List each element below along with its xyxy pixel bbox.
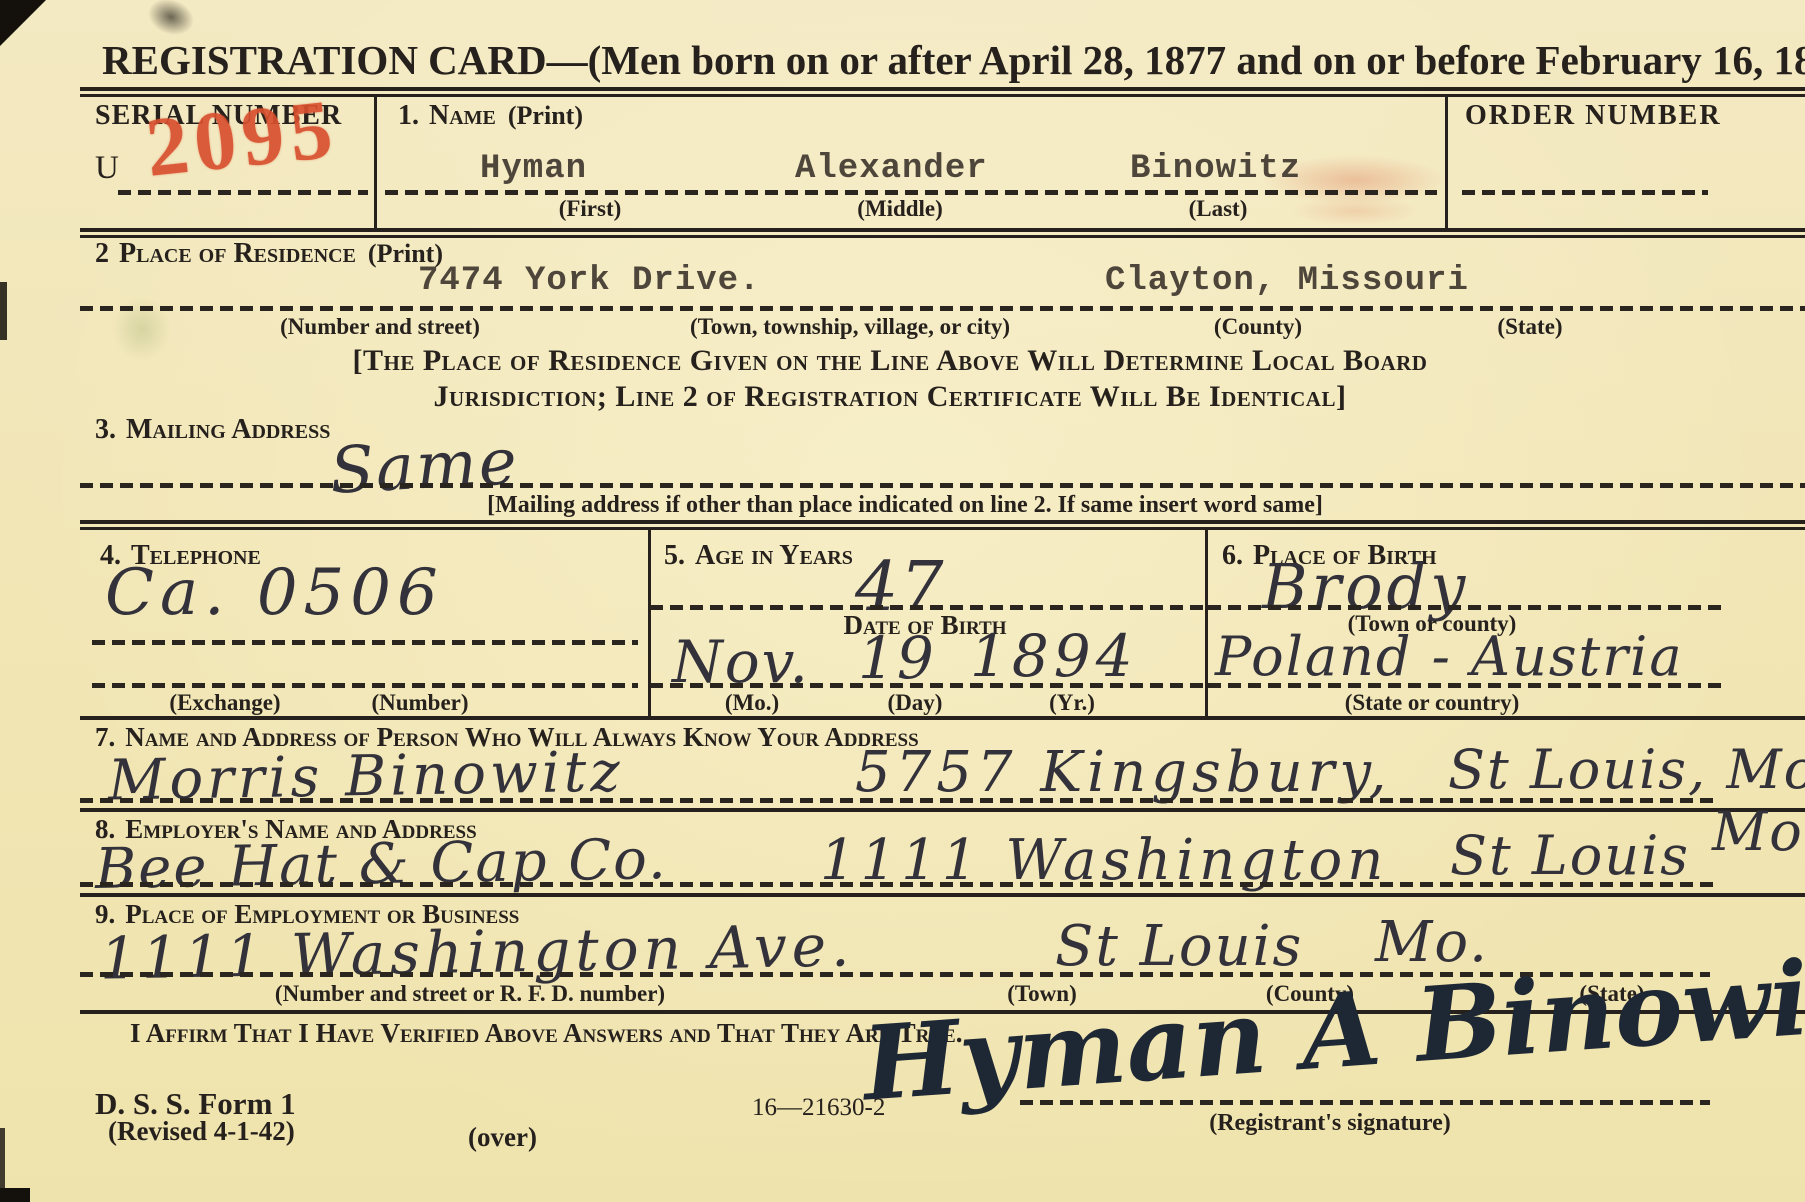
divider: [80, 716, 1805, 720]
name-field-label: 1.Name(Print): [398, 100, 583, 132]
signature-caption: (Registrant's signature): [1209, 1110, 1451, 1137]
over-note: (over): [468, 1122, 537, 1153]
mailing-field-label: 3.Mailing Address: [95, 414, 330, 446]
divider: [80, 87, 1805, 97]
divider: [80, 808, 1805, 812]
column-divider: [374, 97, 377, 231]
street-caption: (Number and street): [280, 314, 480, 340]
jurisdiction-notice-line2: Jurisdiction; Line 2 of Registration Cer…: [110, 380, 1670, 414]
serial-number-stamp: 2095: [141, 80, 342, 197]
first-name-caption: (First): [559, 196, 622, 222]
state-caption: (State): [1497, 314, 1562, 340]
name-dashed-line: [385, 190, 1437, 195]
contact-address-value: 5757 Kingsbury,: [855, 740, 1391, 805]
birth-country-caption: (State or country): [1345, 690, 1520, 716]
age-field-label: 5.Age in Years: [664, 540, 853, 572]
birth-country-dashed-line: [1208, 683, 1726, 688]
red-ink-smear-artifact: [1290, 196, 1420, 226]
residence-field-label: 2Place of Residence(Print): [95, 238, 443, 270]
residence-field-number: 2: [95, 238, 109, 269]
order-number-label: ORDER NUMBER: [1465, 100, 1722, 132]
employment-town-value: St Louis: [1055, 914, 1303, 979]
telephone-value: Ca. 0506: [105, 556, 444, 630]
employer-dashed-line: [80, 882, 1718, 887]
divider: [80, 228, 1805, 238]
contact-dashed-line: [80, 798, 1718, 803]
scan-corner-artifact: [0, 1188, 30, 1202]
birth-town-dashed-line: [1208, 605, 1726, 610]
contact-city-value: St Louis, Mo: [1448, 738, 1805, 801]
name-field-text: Name: [429, 100, 496, 131]
name-last-value: Binowitz: [1130, 150, 1301, 188]
mailing-field-number: 3.: [95, 414, 116, 445]
middle-name-caption: (Middle): [857, 196, 943, 222]
residence-city-value: Clayton, Missouri: [1105, 262, 1469, 300]
employer-name-value: Bee Hat & Cap Co.: [94, 827, 668, 902]
mailing-hint: [Mailing address if other than place ind…: [487, 492, 1323, 519]
scan-edge-artifact: [0, 282, 7, 340]
divider: [80, 893, 1805, 897]
column-divider: [1205, 530, 1208, 716]
ink-smudge-artifact: [144, 0, 199, 41]
town-caption: (Town, township, village, or city): [690, 314, 1010, 340]
name-middle-value: Alexander: [795, 150, 988, 188]
print-code: 16—21630-2: [752, 1094, 885, 1122]
card-title: REGISTRATION CARD—(Men born on or after …: [102, 36, 1805, 84]
dob-year-value: 1894: [970, 622, 1138, 690]
employer-state-value: Mo.: [1712, 800, 1805, 863]
name-field-number: 1.: [398, 100, 419, 131]
exchange-caption: (Exchange): [169, 690, 280, 716]
last-name-caption: (Last): [1189, 196, 1248, 222]
column-divider: [1445, 97, 1448, 231]
number-caption: (Number): [371, 690, 468, 716]
order-dashed-line: [1462, 190, 1708, 195]
serial-prefix: U: [95, 150, 119, 187]
name-print-hint: (Print): [508, 101, 583, 130]
age-field-number: 5.: [664, 540, 685, 571]
day-caption: (Day): [888, 690, 943, 716]
birth-country-value: Poland - Austria: [1215, 625, 1684, 688]
card-title-main: REGISTRATION CARD—: [102, 37, 588, 83]
residence-dashed-line: [80, 306, 1805, 311]
year-caption: (Yr.): [1049, 690, 1095, 716]
residence-field-text: Place of Residence: [119, 238, 356, 269]
name-first-value: Hyman: [480, 150, 587, 188]
employer-city-value: St Louis: [1450, 824, 1690, 887]
mailing-field-text: Mailing Address: [126, 414, 330, 445]
divider: [80, 520, 1805, 530]
scan-corner-artifact: [0, 0, 46, 46]
dob-dashed-line: [650, 683, 1203, 688]
county-caption: (County): [1214, 314, 1302, 340]
card-title-qualifier: (Men born on or after April 28, 1877 and…: [588, 37, 1805, 83]
employment-street-caption: (Number and street or R. F. D. number): [275, 981, 665, 1007]
telephone-dashed-line2: [92, 683, 638, 688]
residence-street-value: 7474 York Drive.: [418, 262, 760, 300]
registration-card: REGISTRATION CARD—(Men born on or after …: [0, 0, 1805, 1202]
mailing-dashed-line: [80, 483, 1805, 488]
jurisdiction-notice-line1: [The Place of Residence Given on the Lin…: [110, 344, 1670, 378]
telephone-dashed-line: [92, 640, 638, 645]
registrant-signature: Hyman A Binowitz: [859, 931, 1805, 1124]
affirmation-statement: I Affirm That I Have Verified Above Answ…: [130, 1018, 962, 1049]
month-caption: (Mo.): [725, 690, 779, 716]
birth-field-number: 6.: [1222, 540, 1243, 571]
column-divider: [648, 530, 651, 716]
dob-day-value: 19: [858, 624, 936, 692]
age-field-text: Age in Years: [695, 540, 853, 571]
form-revision: (Revised 4-1-42): [108, 1116, 295, 1147]
